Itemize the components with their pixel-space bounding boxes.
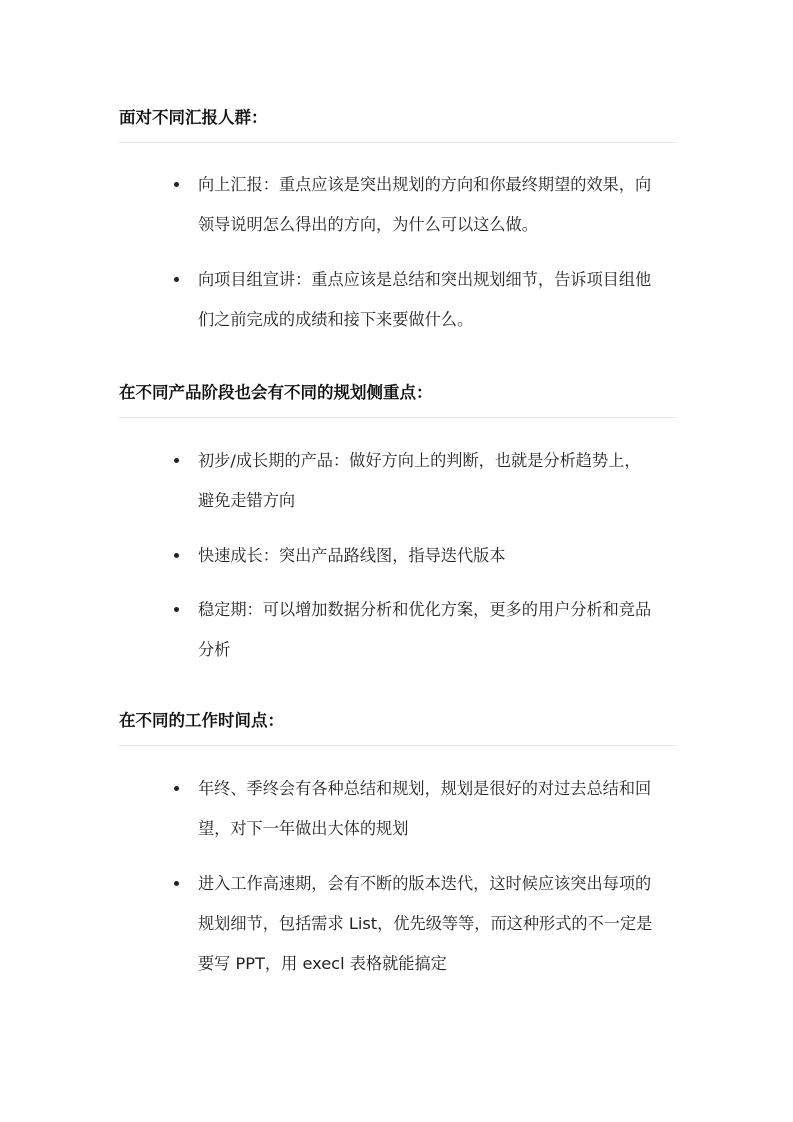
list-item: 快速成长：突出产品路线图，指导迭代版本	[174, 536, 654, 576]
list-item-text: 进入工作高速期，会有不断的版本迭代，这时候应该突出每项的规划细节，包括需求 Li…	[198, 874, 652, 974]
list-item: 进入工作高速期，会有不断的版本迭代，这时候应该突出每项的规划细节，包括需求 Li…	[174, 864, 654, 985]
bullet-list: 向上汇报：重点应该是突出规划的方向和你最终期望的效果，向领导说明怎么得出的方向，…	[174, 165, 654, 354]
bullet-list: 初步/成长期的产品：做好方向上的判断，也就是分析趋势上，避免走错方向 快速成长：…	[174, 441, 654, 684]
list-item: 年终、季终会有各种总结和规划，规划是很好的对过去总结和回望，对下一年做出大体的规…	[174, 769, 654, 850]
list-item: 稳定期：可以增加数据分析和优化方案，更多的用户分析和竞品分析	[174, 590, 654, 671]
list-item-text: 初步/成长期的产品：做好方向上的判断，也就是分析趋势上，避免走错方向	[198, 451, 641, 510]
list-item-text: 快速成长：突出产品路线图，指导迭代版本	[198, 546, 506, 565]
heading-divider	[119, 417, 676, 418]
bullet-icon	[174, 553, 179, 558]
bullet-icon	[174, 881, 179, 886]
list-item: 向项目组宣讲：重点应该是总结和突出规划细节，告诉项目组他们之前完成的成绩和接下来…	[174, 260, 654, 341]
heading-divider	[119, 745, 676, 746]
list-item-text: 向上汇报：重点应该是突出规划的方向和你最终期望的效果，向领导说明怎么得出的方向，…	[198, 175, 651, 234]
bullet-icon	[174, 182, 179, 187]
heading-divider	[119, 142, 676, 143]
list-item: 初步/成长期的产品：做好方向上的判断，也就是分析趋势上，避免走错方向	[174, 441, 654, 522]
section-heading: 在不同的工作时间点：	[119, 711, 676, 731]
bullet-icon	[174, 607, 179, 612]
section-product-stage: 在不同产品阶段也会有不同的规划侧重点： 初步/成长期的产品：做好方向上的判断，也…	[119, 383, 676, 403]
section-reporting-audience: 面对不同汇报人群： 向上汇报：重点应该是突出规划的方向和你最终期望的效果，向领导…	[119, 108, 676, 128]
bullet-icon	[174, 786, 179, 791]
list-item-text: 年终、季终会有各种总结和规划，规划是很好的对过去总结和回望，对下一年做出大体的规…	[198, 779, 651, 838]
section-heading: 面对不同汇报人群：	[119, 108, 676, 128]
list-item-text: 稳定期：可以增加数据分析和优化方案，更多的用户分析和竞品分析	[198, 600, 651, 659]
section-work-timing: 在不同的工作时间点： 年终、季终会有各种总结和规划，规划是很好的对过去总结和回望…	[119, 711, 676, 731]
list-item: 向上汇报：重点应该是突出规划的方向和你最终期望的效果，向领导说明怎么得出的方向，…	[174, 165, 654, 246]
list-item-text: 向项目组宣讲：重点应该是总结和突出规划细节，告诉项目组他们之前完成的成绩和接下来…	[198, 270, 651, 329]
document-page: 面对不同汇报人群： 向上汇报：重点应该是突出规划的方向和你最终期望的效果，向领导…	[0, 0, 793, 1122]
bullet-icon	[174, 458, 179, 463]
bullet-icon	[174, 277, 179, 282]
section-heading: 在不同产品阶段也会有不同的规划侧重点：	[119, 383, 676, 403]
bullet-list: 年终、季终会有各种总结和规划，规划是很好的对过去总结和回望，对下一年做出大体的规…	[174, 769, 654, 998]
